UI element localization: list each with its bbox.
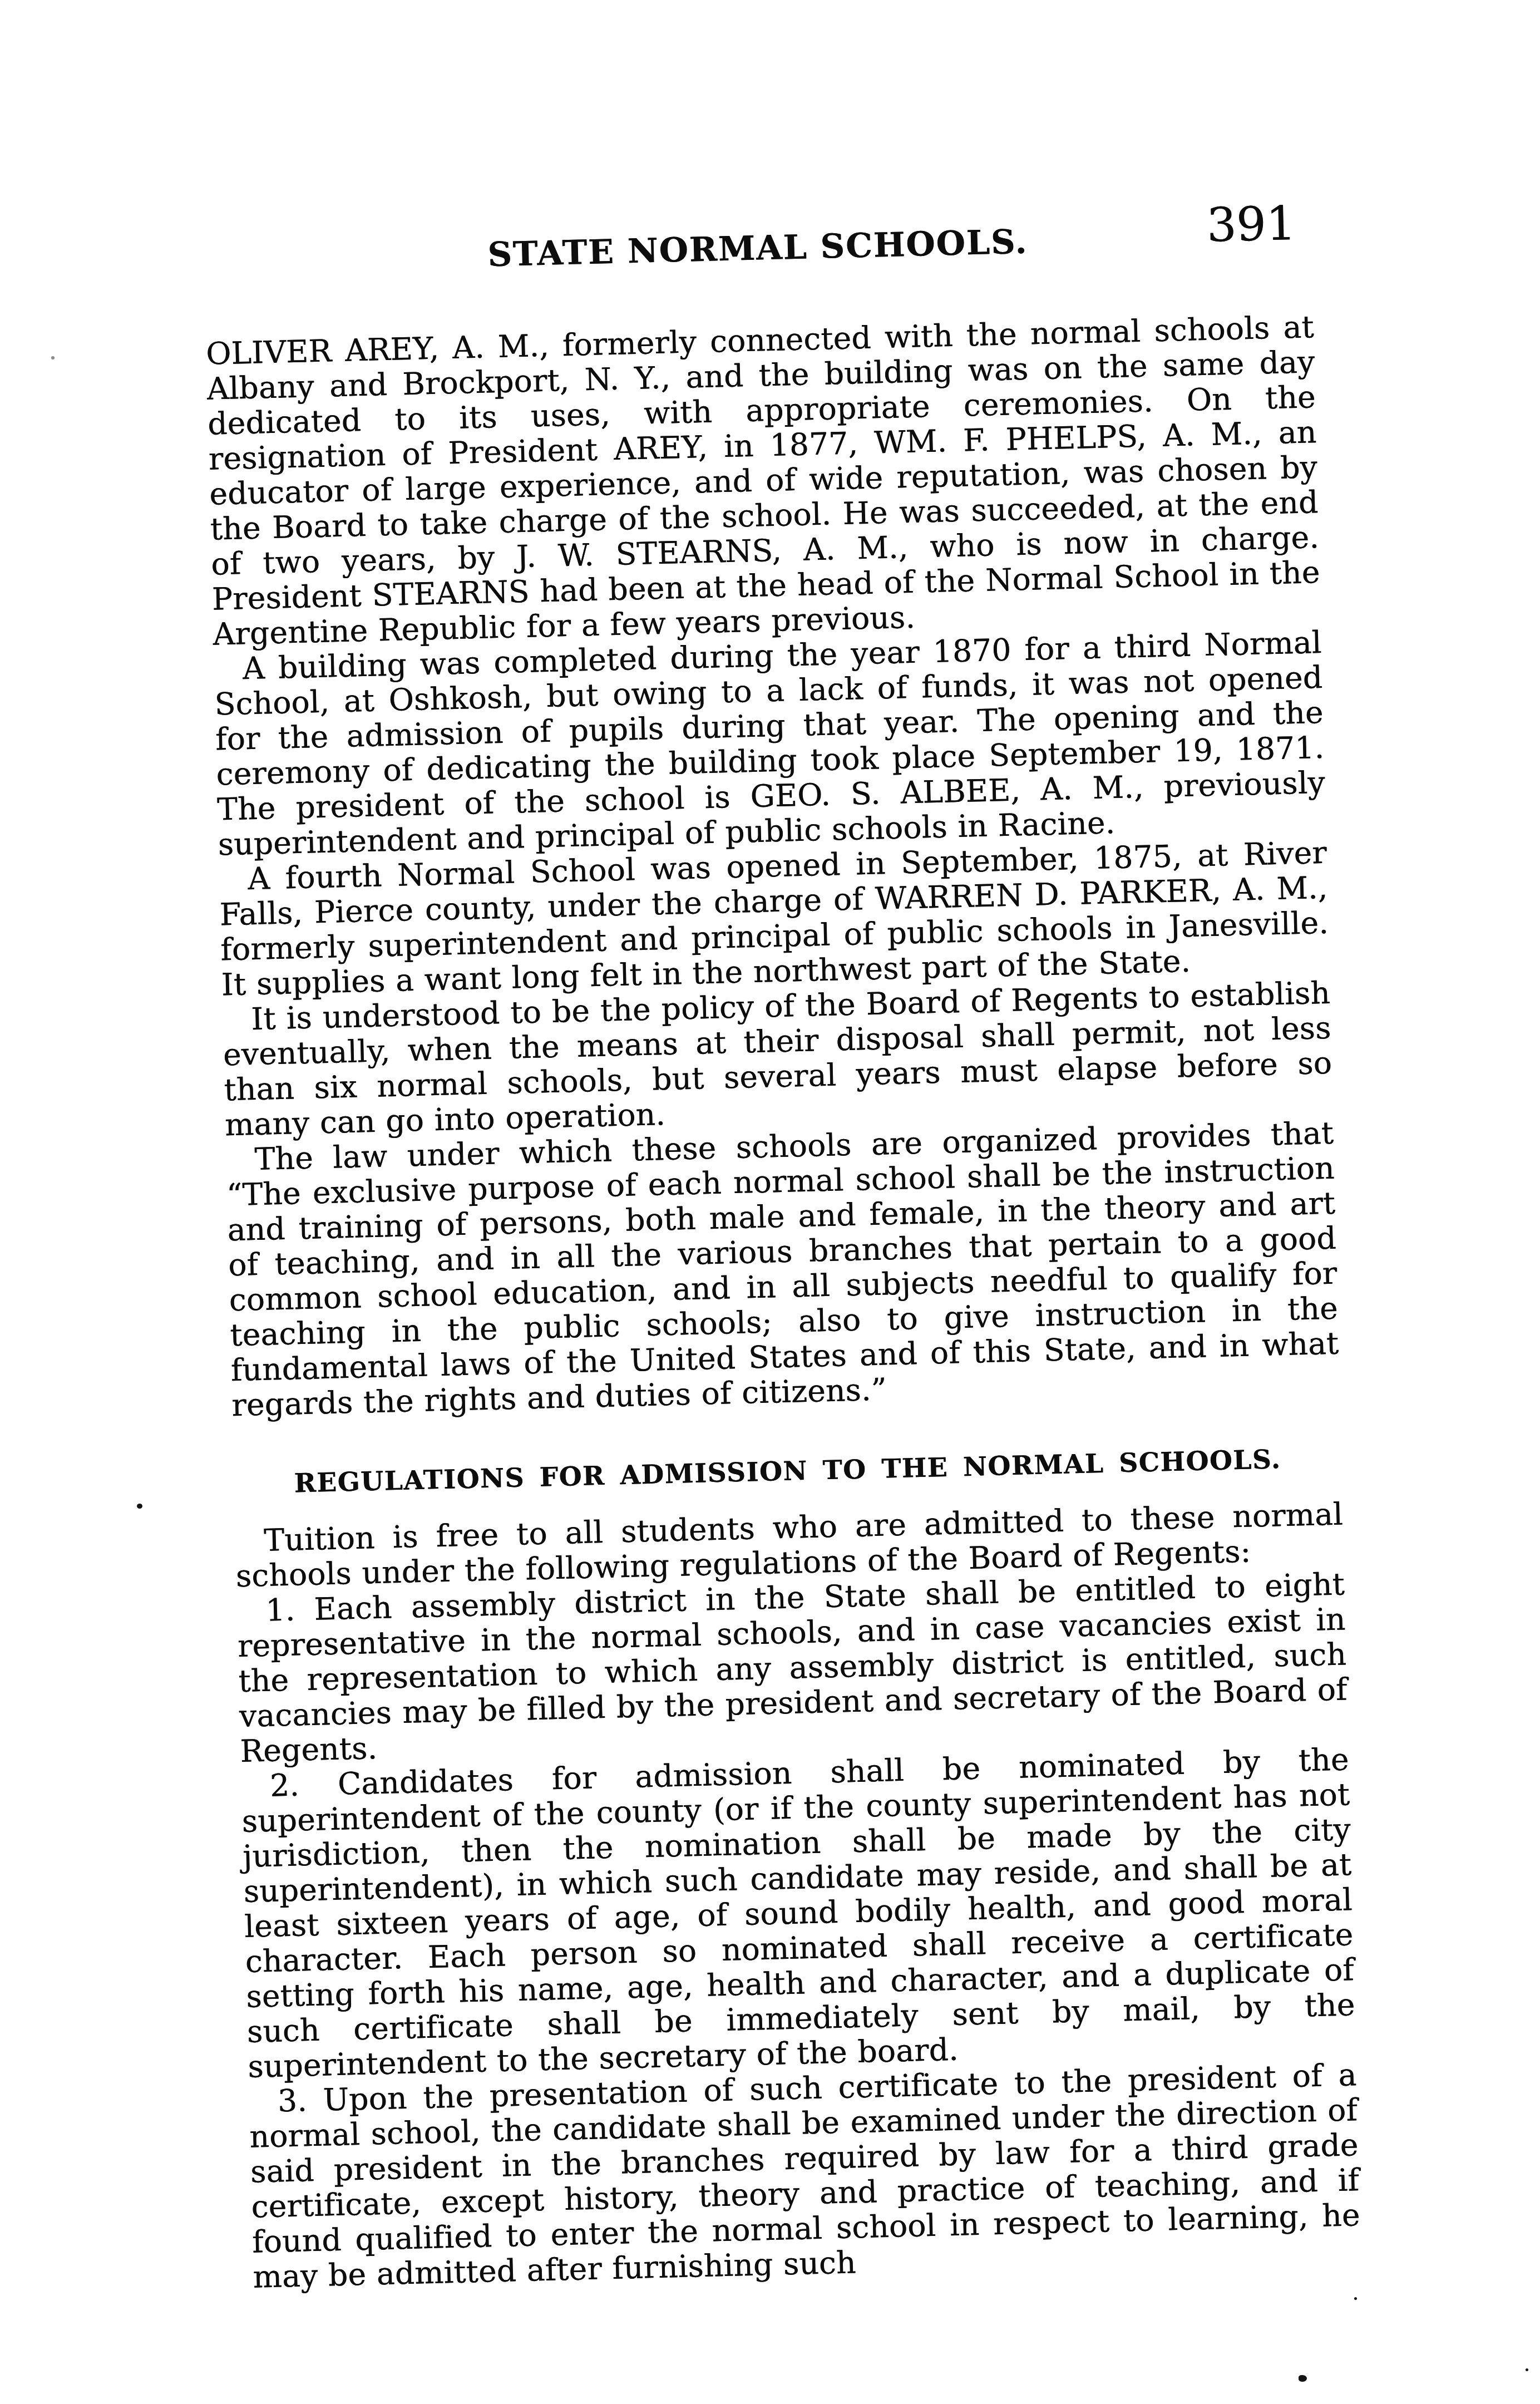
body-paragraph: A building was completed during the year…	[213, 625, 1326, 863]
scan-speck	[1354, 2297, 1357, 2300]
body-paragraph: The law under which these schools are or…	[225, 1116, 1340, 1423]
scanned-book-page: STATE NORMAL SCHOOLS. 391 OLIVER AREY, A…	[0, 0, 1540, 2404]
body-paragraph: A fourth Normal School was opened in Sep…	[218, 835, 1330, 1003]
body-paragraph: 1. Each assembly district in the State s…	[236, 1566, 1349, 1769]
scan-speck	[51, 356, 55, 359]
page-content: STATE NORMAL SCHOOLS. 391 OLIVER AREY, A…	[203, 205, 1361, 2295]
running-title: STATE NORMAL SCHOOLS.	[203, 205, 1312, 279]
page-number: 391	[1206, 200, 1296, 249]
body-paragraph: 3. Upon the presentation of such certifi…	[248, 2057, 1361, 2295]
section-heading: REGULATIONS FOR ADMISSION TO THE NORMAL …	[233, 1445, 1342, 1499]
body-paragraph: OLIVER AREY, A. M., formerly connected w…	[205, 309, 1321, 652]
page-header: STATE NORMAL SCHOOLS. 391	[203, 205, 1312, 288]
body-paragraph: 2. Candidates for admission shall be nom…	[240, 1742, 1356, 2084]
scan-speck	[1299, 2375, 1307, 2382]
scan-speck	[137, 1504, 142, 1509]
scan-speck	[1526, 2368, 1528, 2371]
body-paragraph: It is understood to be the policy of the…	[222, 976, 1334, 1143]
